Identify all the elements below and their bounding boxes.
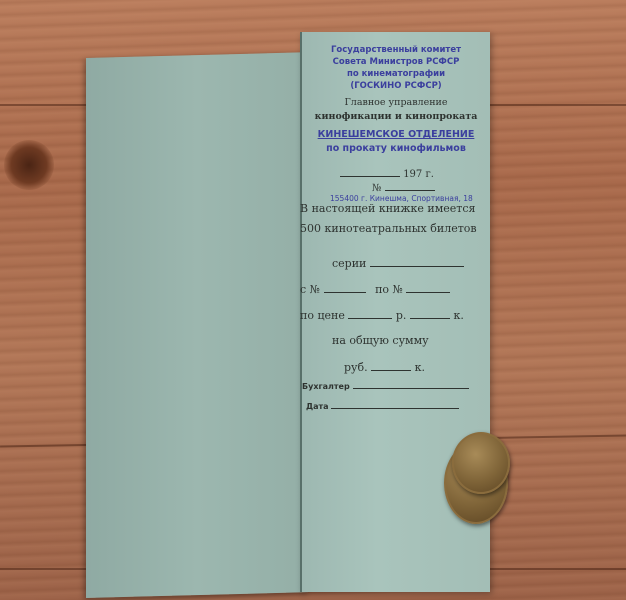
wood-knot bbox=[4, 140, 54, 190]
stamp-line: по кинематографии bbox=[302, 68, 490, 80]
stamp-line: по прокату кинофильмов bbox=[302, 142, 490, 156]
price-label: по цене bbox=[300, 309, 345, 322]
number-field[interactable]: № bbox=[372, 180, 435, 194]
year-suffix: г. bbox=[425, 169, 433, 180]
series-field[interactable]: серии bbox=[332, 256, 464, 270]
kineshma-department-stamp: КИНЕШЕМСКОЕ ОТДЕЛЕНИЕ по прокату кинофил… bbox=[302, 128, 490, 156]
coin-front bbox=[452, 432, 510, 494]
stamp-line: (ГОСКИНО РСФСР) bbox=[302, 80, 490, 92]
header-line: кинофикации и кинопроката bbox=[302, 110, 490, 124]
total-sum-field[interactable]: руб. к. bbox=[344, 360, 425, 374]
year-field[interactable]: 197 г. bbox=[340, 166, 434, 180]
rub-label: р. bbox=[396, 309, 407, 322]
body-line-1: В настоящей книжке имеется bbox=[300, 202, 475, 215]
stamp-line: Совета Министров РСФСР bbox=[302, 56, 490, 68]
kop-label: к. bbox=[453, 309, 463, 322]
ticket-range-field[interactable]: с № по № bbox=[300, 282, 450, 296]
total-label: на общую сумму bbox=[332, 334, 429, 347]
total-rub-label: руб. bbox=[344, 361, 368, 374]
accountant-label: Бухгалтер bbox=[302, 382, 350, 391]
from-label: с № bbox=[300, 283, 320, 296]
to-label: по № bbox=[375, 283, 403, 296]
stamp-line: Государственный комитет bbox=[302, 44, 490, 56]
year-prefix: 197 bbox=[403, 169, 422, 180]
stamp-line: КИНЕШЕМСКОЕ ОТДЕЛЕНИЕ bbox=[302, 128, 490, 142]
ticket-book-left-page bbox=[86, 52, 308, 598]
body-line-2: 500 кинотеатральных билетов bbox=[300, 222, 477, 235]
series-label: серии bbox=[332, 257, 366, 270]
number-label: № bbox=[372, 183, 381, 194]
goskino-stamp: Государственный комитет Совета Министров… bbox=[302, 44, 490, 92]
header-line: Главное управление bbox=[302, 96, 490, 110]
date-label: Дата bbox=[306, 402, 329, 411]
price-field[interactable]: по цене р. к. bbox=[300, 308, 464, 322]
total-kop-label: к. bbox=[415, 361, 425, 374]
accountant-field[interactable]: Бухгалтер bbox=[302, 382, 469, 391]
date-field[interactable]: Дата bbox=[306, 402, 459, 411]
printed-header: Главное управление кинофикации и кинопро… bbox=[302, 96, 490, 124]
